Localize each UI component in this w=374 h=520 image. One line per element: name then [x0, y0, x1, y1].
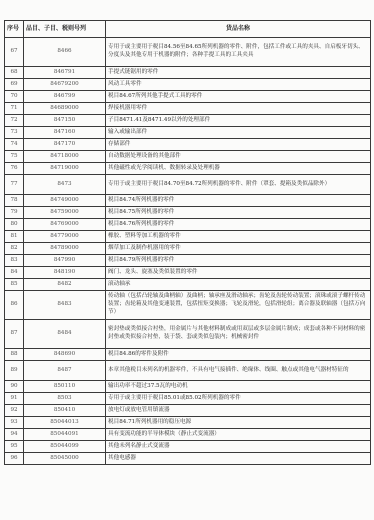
serial-no-cell: 79 [5, 207, 24, 219]
serial-no-cell: 70 [5, 91, 24, 103]
goods-name-cell: 专用于或主要用于税目84.56至84.65所列机器的零件、附件，包括工件或工具的… [106, 38, 371, 67]
goods-name-cell: 其他磁性或光学阅读机、数据转录及处理机器 [106, 163, 371, 175]
table-row: 778473专用于或主要用于税目84.70至84.72所列机器的零件、附件（罩套… [5, 175, 371, 195]
tariff-code-cell: 846799 [24, 91, 106, 103]
goods-name-cell: 其他未列名静止式变流器 [106, 441, 371, 453]
header-goods-name: 货品名称 [106, 21, 371, 38]
serial-no-cell: 81 [5, 231, 24, 243]
tariff-code-cell: 847150 [24, 115, 106, 127]
tariff-code-cell: 850410 [24, 405, 106, 417]
goods-name-cell: 税目84.67所列其他手提式工具的零件 [106, 91, 371, 103]
tariff-code-cell: 84719000 [24, 163, 106, 175]
serial-no-cell: 94 [5, 429, 24, 441]
table-row: 88848690税目84.86的零件及附件 [5, 349, 371, 361]
tariff-code-cell: 847990 [24, 255, 106, 267]
serial-no-cell: 67 [5, 38, 24, 67]
table-row: 72847150子目8471.41及8471.49以外的处理部件 [5, 115, 371, 127]
serial-no-cell: 91 [5, 393, 24, 405]
serial-no-cell: 75 [5, 151, 24, 163]
table-row: 73847160输入或输出部件 [5, 127, 371, 139]
tariff-table: 序号 品目、子目、税则号列 货品名称 678466专用于或主要用于税目84.56… [4, 20, 371, 465]
table-row: 9485044091具有变流功能的半导体模块（静止式变流器） [5, 429, 371, 441]
tariff-code-cell: 84689000 [24, 103, 106, 115]
serial-no-cell: 87 [5, 320, 24, 349]
goods-name-cell: 税目84.76所列机器的零件 [106, 219, 371, 231]
serial-no-cell: 74 [5, 139, 24, 151]
tariff-code-cell: 850110 [24, 381, 106, 393]
header-serial-no: 序号 [5, 21, 24, 38]
goods-name-cell: 其他电感器 [106, 453, 371, 465]
goods-name-cell: 烟草加工及制作机器用的零件 [106, 243, 371, 255]
table-row: 7984759000税目84.75所列机器的零件 [5, 207, 371, 219]
tariff-code-cell: 8483 [24, 291, 106, 320]
tariff-code-cell: 8503 [24, 393, 106, 405]
table-row: 83847990税目84.79所列机器的零件 [5, 255, 371, 267]
goods-name-cell: 税目84.71所列机器用的稳压电源 [106, 417, 371, 429]
goods-name-cell: 放电灯或放电管用镇流器 [106, 405, 371, 417]
goods-name-cell: 密封垫或类似接合衬垫，用金属片与其他材料制成或用双层或多层金属片制成；成套或各种… [106, 320, 371, 349]
tariff-table-page: 序号 品目、子目、税则号列 货品名称 678466专用于或主要用于税目84.56… [4, 20, 370, 465]
serial-no-cell: 86 [5, 291, 24, 320]
serial-no-cell: 85 [5, 279, 24, 291]
table-row: 74847170存储部件 [5, 139, 371, 151]
tariff-code-cell: 847170 [24, 139, 106, 151]
tariff-code-cell: 84679200 [24, 79, 106, 91]
tariff-code-cell: 84779000 [24, 231, 106, 243]
serial-no-cell: 78 [5, 195, 24, 207]
tariff-code-cell: 84718000 [24, 151, 106, 163]
table-row: 90850110输出功率不超过37.5瓦的电动机 [5, 381, 371, 393]
goods-name-cell: 子目8471.41及8471.49以外的处理部件 [106, 115, 371, 127]
serial-no-cell: 84 [5, 267, 24, 279]
tariff-code-cell: 8484 [24, 320, 106, 349]
serial-no-cell: 93 [5, 417, 24, 429]
serial-no-cell: 77 [5, 175, 24, 195]
tariff-code-cell: 85045000 [24, 453, 106, 465]
table-row: 7184689000焊接机器用零件 [5, 103, 371, 115]
table-row: 858482滚动轴承 [5, 279, 371, 291]
table-row: 70846799税目84.67所列其他手提式工具的零件 [5, 91, 371, 103]
goods-name-cell: 阀门、龙头、旋塞及类似装置的零件 [106, 267, 371, 279]
serial-no-cell: 96 [5, 453, 24, 465]
tariff-code-cell: 84769000 [24, 219, 106, 231]
table-row: 878484密封垫或类似接合衬垫，用金属片与其他材料制成或用双层或多层金属片制成… [5, 320, 371, 349]
tariff-code-cell: 8487 [24, 361, 106, 381]
table-row: 84848190阀门、龙头、旋塞及类似装置的零件 [5, 267, 371, 279]
goods-name-cell: 存储部件 [106, 139, 371, 151]
goods-name-cell: 具有变流功能的半导体模块（静止式变流器） [106, 429, 371, 441]
table-row: 9585044099其他未列名静止式变流器 [5, 441, 371, 453]
serial-no-cell: 73 [5, 127, 24, 139]
tariff-code-cell: 8466 [24, 38, 106, 67]
goods-name-cell: 税目84.74所列机器的零件 [106, 195, 371, 207]
table-row: 68846791手提式链锯用的零件 [5, 67, 371, 79]
serial-no-cell: 71 [5, 103, 24, 115]
tariff-code-cell: 848190 [24, 267, 106, 279]
tariff-code-cell: 85044013 [24, 417, 106, 429]
header-tariff-code: 品目、子目、税则号列 [24, 21, 106, 38]
table-row: 678466专用于或主要用于税目84.56至84.65所列机器的零件、附件，包括… [5, 38, 371, 67]
serial-no-cell: 76 [5, 163, 24, 175]
goods-name-cell: 滚动轴承 [106, 279, 371, 291]
tariff-code-cell: 84789000 [24, 243, 106, 255]
serial-no-cell: 80 [5, 219, 24, 231]
table-row: 898487本章其他税目未列名的机器零件，不具有电气接插件、绝缘体、线圈、触点或… [5, 361, 371, 381]
serial-no-cell: 92 [5, 405, 24, 417]
serial-no-cell: 90 [5, 381, 24, 393]
tariff-code-cell: 8473 [24, 175, 106, 195]
serial-no-cell: 89 [5, 361, 24, 381]
tariff-code-cell: 85044091 [24, 429, 106, 441]
goods-name-cell: 风动工具零件 [106, 79, 371, 91]
goods-name-cell: 橡胶、塑料等加工机器的零件 [106, 231, 371, 243]
table-row: 9385044013税目84.71所列机器用的稳压电源 [5, 417, 371, 429]
table-row: 918503专用于或主要用于税目85.01或85.02所列机器的零件 [5, 393, 371, 405]
goods-name-cell: 输入或输出部件 [106, 127, 371, 139]
tariff-code-cell: 848690 [24, 349, 106, 361]
goods-name-cell: 税目84.75所列机器的零件 [106, 207, 371, 219]
serial-no-cell: 83 [5, 255, 24, 267]
table-header-row: 序号 品目、子目、税则号列 货品名称 [5, 21, 371, 38]
table-row: 6984679200风动工具零件 [5, 79, 371, 91]
table-row: 8084769000税目84.76所列机器的零件 [5, 219, 371, 231]
goods-name-cell: 税目84.86的零件及附件 [106, 349, 371, 361]
tariff-code-cell: 84749000 [24, 195, 106, 207]
table-row: 7684719000其他磁性或光学阅读机、数据转录及处理机器 [5, 163, 371, 175]
tariff-code-cell: 84759000 [24, 207, 106, 219]
tariff-code-cell: 85044099 [24, 441, 106, 453]
table-body: 678466专用于或主要用于税目84.56至84.65所列机器的零件、附件，包括… [5, 38, 371, 465]
table-row: 9685045000其他电感器 [5, 453, 371, 465]
serial-no-cell: 95 [5, 441, 24, 453]
serial-no-cell: 68 [5, 67, 24, 79]
serial-no-cell: 72 [5, 115, 24, 127]
goods-name-cell: 焊接机器用零件 [106, 103, 371, 115]
goods-name-cell: 专用于或主要用于税目85.01或85.02所列机器的零件 [106, 393, 371, 405]
serial-no-cell: 82 [5, 243, 24, 255]
goods-name-cell: 自动数据处理设备的其他部件 [106, 151, 371, 163]
goods-name-cell: 税目84.79所列机器的零件 [106, 255, 371, 267]
table-row: 7584718000自动数据处理设备的其他部件 [5, 151, 371, 163]
table-row: 8184779000橡胶、塑料等加工机器的零件 [5, 231, 371, 243]
table-row: 868483传动轴（包括凸轮轴及曲柄轴）及曲柄；轴承座及滑动轴承；齿轮及齿轮传动… [5, 291, 371, 320]
table-row: 7884749000税目84.74所列机器的零件 [5, 195, 371, 207]
tariff-code-cell: 846791 [24, 67, 106, 79]
table-row: 92850410放电灯或放电管用镇流器 [5, 405, 371, 417]
tariff-code-cell: 8482 [24, 279, 106, 291]
goods-name-cell: 传动轴（包括凸轮轴及曲柄轴）及曲柄；轴承座及滑动轴承；齿轮及齿轮传动装置；滚珠或… [106, 291, 371, 320]
table-row: 8284789000烟草加工及制作机器用的零件 [5, 243, 371, 255]
goods-name-cell: 手提式链锯用的零件 [106, 67, 371, 79]
goods-name-cell: 专用于或主要用于税目84.70至84.72所列机器的零件、附件（罩套、提箱及类似… [106, 175, 371, 195]
tariff-code-cell: 847160 [24, 127, 106, 139]
goods-name-cell: 本章其他税目未列名的机器零件，不具有电气接插件、绝缘体、线圈、触点或其他电气器材… [106, 361, 371, 381]
serial-no-cell: 88 [5, 349, 24, 361]
goods-name-cell: 输出功率不超过37.5瓦的电动机 [106, 381, 371, 393]
serial-no-cell: 69 [5, 79, 24, 91]
